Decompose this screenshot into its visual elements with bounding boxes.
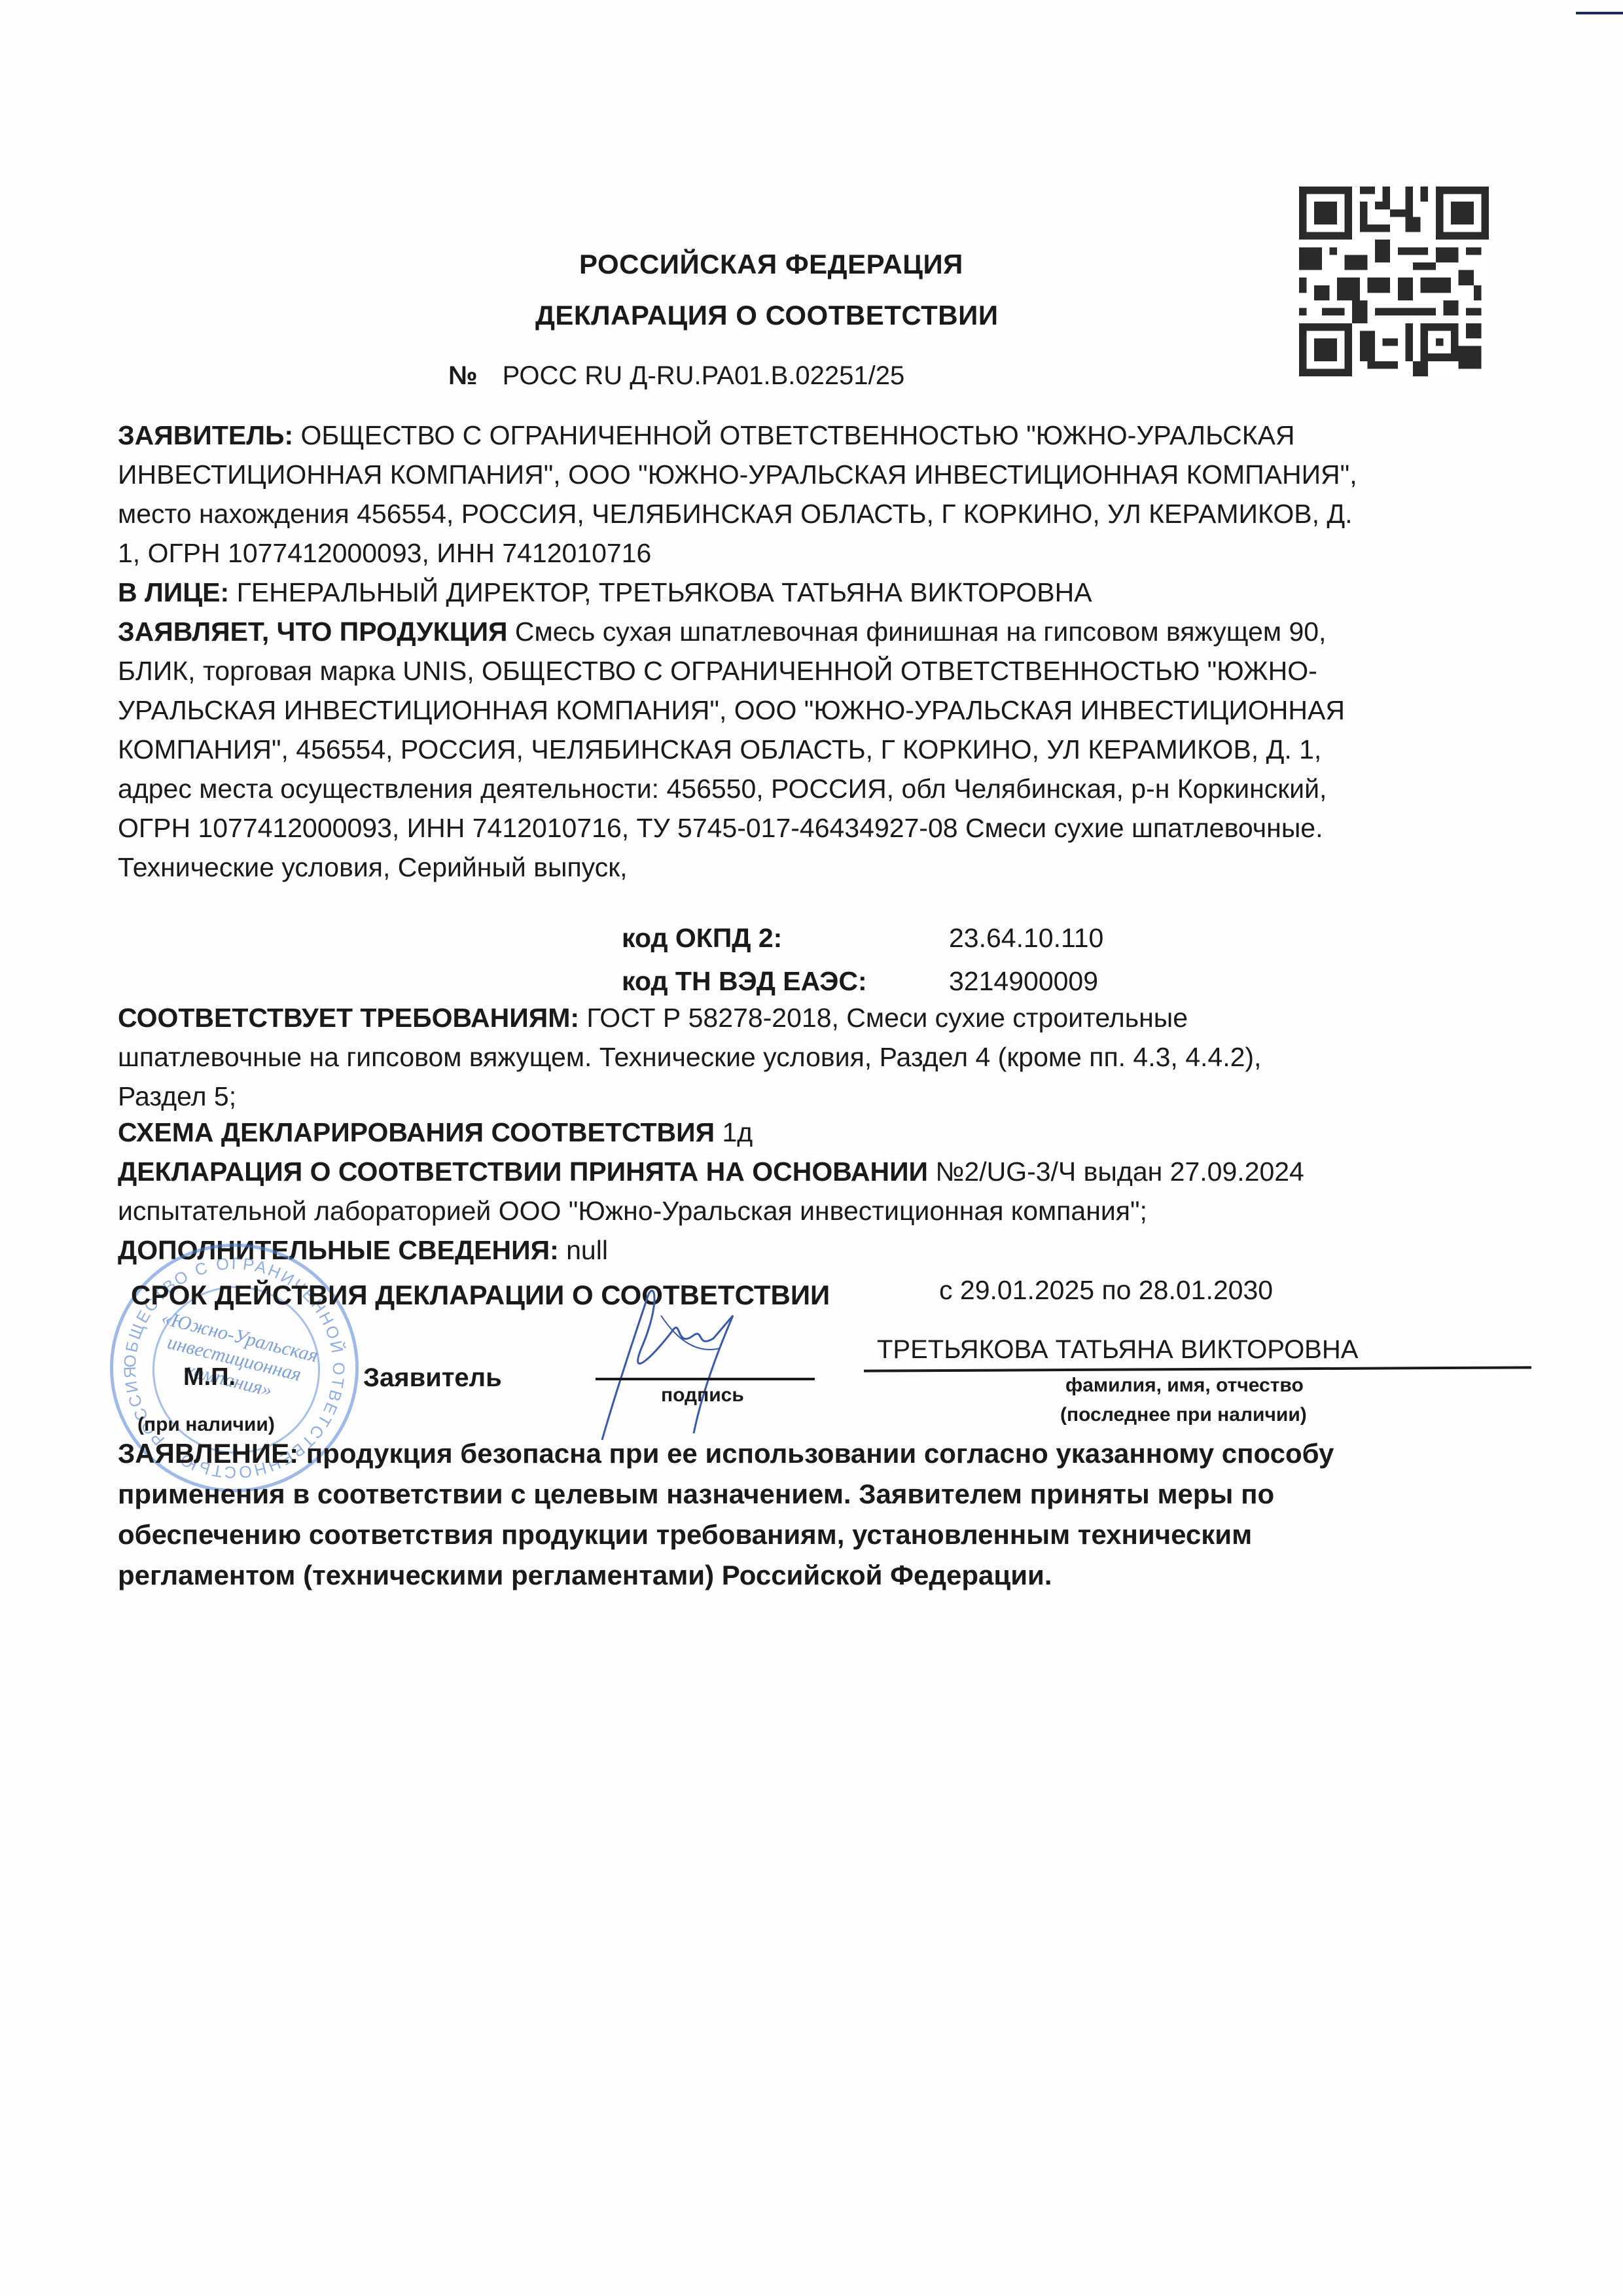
requirements-line: шпатлевочные на гипсовом вяжущем. Технич… bbox=[118, 1037, 1525, 1077]
basis-value: №2/UG-3/Ч выдан 27.09.2024 bbox=[928, 1157, 1304, 1187]
declaration-page: РОССИЙСКАЯ ФЕДЕРАЦИЯ ДЕКЛАРАЦИЯ О СООТВЕ… bbox=[0, 0, 1623, 2296]
product-line: БЛИК, торговая марка UNIS, ОБЩЕСТВО С ОГ… bbox=[118, 651, 1525, 691]
code-label: код ОКПД 2: bbox=[622, 916, 949, 960]
scan-edge-mark bbox=[1576, 12, 1623, 14]
declaration-number: №РОСС RU Д-RU.PA01.B.02251/25 bbox=[448, 361, 904, 391]
applicant-sign-label: Заявитель bbox=[363, 1363, 502, 1393]
document-title: ДЕКЛАРАЦИЯ О СООТВЕТСТВИИ bbox=[535, 300, 999, 331]
applicant-section: ЗАЯВИТЕЛЬ: ОБЩЕСТВО С ОГРАНИЧЕННОЙ ОТВЕТ… bbox=[118, 416, 1525, 612]
applicant-line: место нахождения 456554, РОССИЯ, ЧЕЛЯБИН… bbox=[118, 494, 1525, 533]
product-line: Смесь сухая шпатлевочная финишная на гип… bbox=[508, 617, 1327, 647]
statement-line: продукция безопасна при ее использовании… bbox=[298, 1438, 1334, 1469]
number-sign: № bbox=[448, 361, 478, 390]
code-row-tnved: код ТН ВЭД ЕАЭС: 3214900009 bbox=[622, 960, 1103, 1003]
name-caption: фамилия, имя, отчество bbox=[1065, 1374, 1304, 1397]
name-line bbox=[864, 1366, 1531, 1372]
basis-label: ДЕКЛАРАЦИЯ О СООТВЕТСТВИИ ПРИНЯТА НА ОСН… bbox=[118, 1157, 928, 1187]
statement-label: ЗАЯВЛЕНИЕ: bbox=[118, 1438, 298, 1469]
code-row-okpd: код ОКПД 2: 23.64.10.110 bbox=[622, 916, 1103, 960]
signature-caption: подпись bbox=[661, 1384, 744, 1407]
statement-line: регламентом (техническими регламентами) … bbox=[118, 1555, 1525, 1596]
product-section: ЗАЯВЛЯЕТ, ЧТО ПРОДУКЦИЯ Смесь сухая шпат… bbox=[118, 612, 1525, 887]
additional-value: null bbox=[559, 1235, 608, 1265]
signer-full-name: ТРЕТЬЯКОВА ТАТЬЯНА ВИКТОРОВНА bbox=[877, 1335, 1358, 1365]
product-label: ЗАЯВЛЯЕТ, ЧТО ПРОДУКЦИЯ bbox=[118, 617, 508, 647]
code-value: 3214900009 bbox=[949, 960, 1098, 1003]
seal-note: (при наличии) bbox=[137, 1414, 275, 1436]
statement-line: обеспечению соответствия продукции требо… bbox=[118, 1515, 1525, 1555]
seal-label: М.П. bbox=[183, 1363, 236, 1391]
qr-code-icon bbox=[1299, 187, 1489, 376]
scheme-label: СХЕМА ДЕКЛАРИРОВАНИЯ СООТВЕТСТВИЯ bbox=[118, 1117, 715, 1147]
applicant-line: ИНВЕСТИЦИОННАЯ КОМПАНИЯ", ООО "ЮЖНО-УРАЛ… bbox=[118, 455, 1525, 494]
scheme-basis-section: СХЕМА ДЕКЛАРИРОВАНИЯ СООТВЕТСТВИЯ 1д ДЕК… bbox=[118, 1113, 1525, 1270]
representative-label: В ЛИЦЕ: bbox=[118, 577, 229, 607]
scheme-value: 1д bbox=[715, 1117, 753, 1147]
statement-section: ЗАЯВЛЕНИЕ: продукция безопасна при ее ис… bbox=[118, 1433, 1525, 1596]
representative-value: ГЕНЕРАЛЬНЫЙ ДИРЕКТОР, ТРЕТЬЯКОВА ТАТЬЯНА… bbox=[229, 577, 1092, 607]
signature-line bbox=[596, 1378, 815, 1380]
requirements-section: СООТВЕТСТВУЕТ ТРЕБОВАНИЯМ: ГОСТ Р 58278-… bbox=[118, 998, 1525, 1116]
country-title: РОССИЙСКАЯ ФЕДЕРАЦИЯ bbox=[579, 249, 963, 280]
requirements-line: ГОСТ Р 58278-2018, Смеси сухие строитель… bbox=[579, 1003, 1188, 1033]
product-line: ОГРН 1077412000093, ИНН 7412010716, ТУ 5… bbox=[118, 808, 1525, 848]
name-caption-note: (последнее при наличии) bbox=[1060, 1404, 1307, 1426]
code-label: код ТН ВЭД ЕАЭС: bbox=[622, 960, 949, 1003]
requirements-label: СООТВЕТСТВУЕТ ТРЕБОВАНИЯМ: bbox=[118, 1003, 579, 1033]
product-line: УРАЛЬСКАЯ ИНВЕСТИЦИОННАЯ КОМПАНИЯ", ООО … bbox=[118, 691, 1525, 730]
product-line: Технические условия, Серийный выпуск, bbox=[118, 848, 1525, 887]
applicant-line: 1, ОГРН 1077412000093, ИНН 7412010716 bbox=[118, 533, 1525, 573]
applicant-label: ЗАЯВИТЕЛЬ: bbox=[118, 420, 293, 450]
handwritten-signature-icon bbox=[563, 1276, 779, 1446]
product-line: адрес места осуществления деятельности: … bbox=[118, 769, 1525, 808]
product-codes: код ОКПД 2: 23.64.10.110 код ТН ВЭД ЕАЭС… bbox=[622, 916, 1103, 1003]
validity-value: с 29.01.2025 по 28.01.2030 bbox=[939, 1275, 1273, 1306]
requirements-line: Раздел 5; bbox=[118, 1077, 1525, 1116]
product-line: КОМПАНИЯ", 456554, РОССИЯ, ЧЕЛЯБИНСКАЯ О… bbox=[118, 730, 1525, 769]
number-value: РОСС RU Д-RU.PA01.B.02251/25 bbox=[503, 361, 905, 390]
applicant-line: ОБЩЕСТВО С ОГРАНИЧЕННОЙ ОТВЕТСТВЕННОСТЬЮ… bbox=[293, 420, 1294, 450]
statement-line: применения в соответствии с целевым назн… bbox=[118, 1474, 1525, 1515]
basis-line2: испытательной лабораторией ООО "Южно-Ура… bbox=[118, 1191, 1525, 1230]
code-value: 23.64.10.110 bbox=[949, 916, 1103, 960]
